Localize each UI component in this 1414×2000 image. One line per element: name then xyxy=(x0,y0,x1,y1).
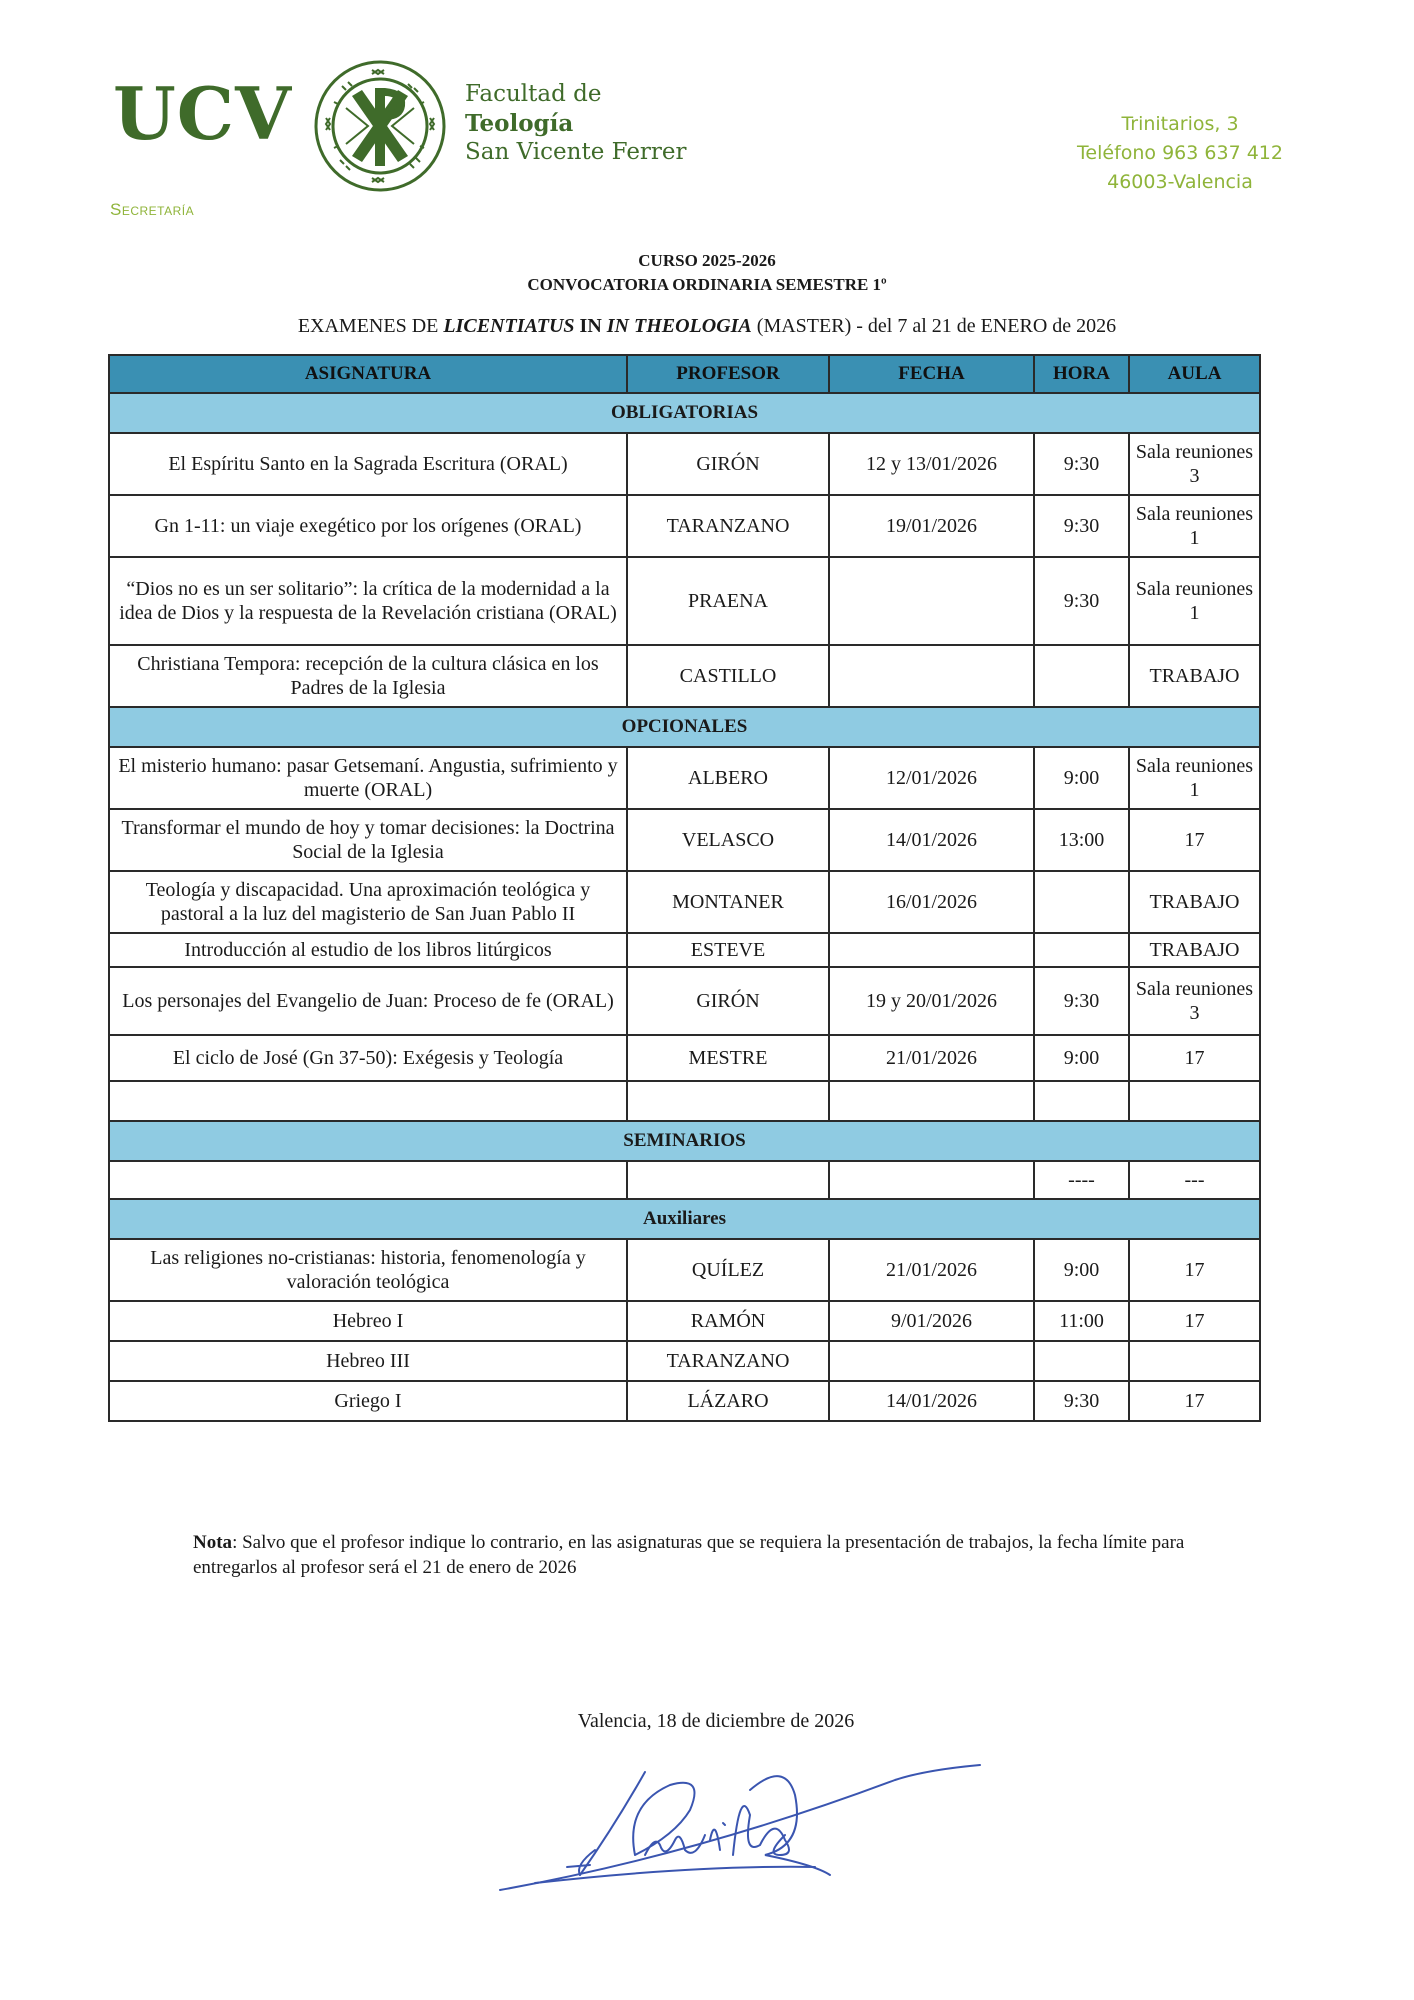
cell-aula: Sala reuniones 1 xyxy=(1129,557,1260,645)
cell-fecha: 14/01/2026 xyxy=(829,1381,1034,1421)
cell-hora: 9:30 xyxy=(1034,495,1129,557)
course-title: CURSO 2025-2026 xyxy=(0,251,1414,271)
cell-asignatura: Transformar el mundo de hoy y tomar deci… xyxy=(109,809,627,871)
cell-aula: TRABAJO xyxy=(1129,871,1260,933)
exams-title-licentiatus: LICENTIATUS xyxy=(443,315,574,337)
cell-profesor: TARANZANO xyxy=(627,495,829,557)
cell-asignatura: “Dios no es un ser solitario”: la crític… xyxy=(109,557,627,645)
cell-aula: 17 xyxy=(1129,1301,1260,1341)
cell-asignatura: Hebreo I xyxy=(109,1301,627,1341)
cell-fecha: 19/01/2026 xyxy=(829,495,1034,557)
cell-aula: 17 xyxy=(1129,1381,1260,1421)
section-title: SEMINARIOS xyxy=(109,1121,1260,1161)
cell-aula xyxy=(1129,1081,1260,1121)
signature-icon xyxy=(495,1715,995,1895)
cell-profesor: RAMÓN xyxy=(627,1301,829,1341)
cell-asignatura: El misterio humano: pasar Getsemaní. Ang… xyxy=(109,747,627,809)
cell-hora xyxy=(1034,871,1129,933)
cell-fecha xyxy=(829,645,1034,707)
cell-hora: 13:00 xyxy=(1034,809,1129,871)
cell-asignatura: Hebreo III xyxy=(109,1341,627,1381)
cell-fecha: 21/01/2026 xyxy=(829,1035,1034,1081)
address-city: 46003-Valencia xyxy=(1045,168,1315,197)
exams-title-in: IN xyxy=(575,315,607,337)
cell-aula: 17 xyxy=(1129,1239,1260,1301)
cell-profesor: PRAENA xyxy=(627,557,829,645)
ucv-logo: UCV xyxy=(113,78,292,150)
cell-fecha: 9/01/2026 xyxy=(829,1301,1034,1341)
cell-profesor: ALBERO xyxy=(627,747,829,809)
table-row: Christiana Tempora: recepción de la cult… xyxy=(109,645,1260,707)
faculty-line2: Teología xyxy=(465,109,687,138)
note: Nota: Salvo que el profesor indique lo c… xyxy=(193,1530,1233,1580)
faculty-line1: Facultad de xyxy=(465,80,687,109)
address-block: Trinitarios, 3 Teléfono 963 637 412 4600… xyxy=(1045,110,1315,197)
cell-aula xyxy=(1129,1341,1260,1381)
cell-asignatura: Las religiones no-cristianas: historia, … xyxy=(109,1239,627,1301)
faculty-name: Facultad de Teología San Vicente Ferrer xyxy=(465,80,687,167)
table-row: El ciclo de José (Gn 37-50): Exégesis y … xyxy=(109,1035,1260,1081)
cell-hora xyxy=(1034,1341,1129,1381)
table-row: Gn 1-11: un viaje exegético por los oríg… xyxy=(109,495,1260,557)
faculty-line3: San Vicente Ferrer xyxy=(465,138,687,167)
cell-fecha xyxy=(829,1081,1034,1121)
cell-fecha: 12 y 13/01/2026 xyxy=(829,433,1034,495)
cell-aula: Sala reuniones 3 xyxy=(1129,433,1260,495)
cell-fecha xyxy=(829,1161,1034,1199)
cell-profesor: TARANZANO xyxy=(627,1341,829,1381)
cell-asignatura: Gn 1-11: un viaje exegético por los oríg… xyxy=(109,495,627,557)
table-row: “Dios no es un ser solitario”: la crític… xyxy=(109,557,1260,645)
table-row: Introducción al estudio de los libros li… xyxy=(109,933,1260,967)
cell-aula: TRABAJO xyxy=(1129,645,1260,707)
cell-profesor: GIRÓN xyxy=(627,433,829,495)
cell-profesor: VELASCO xyxy=(627,809,829,871)
address-phone: Teléfono 963 637 412 xyxy=(1045,139,1315,168)
section-title: OPCIONALES xyxy=(109,707,1260,747)
exams-title-theologia: IN THEOLOGIA xyxy=(607,315,752,337)
table-row: ------- xyxy=(109,1161,1260,1199)
table-row: Las religiones no-cristianas: historia, … xyxy=(109,1239,1260,1301)
cell-profesor: CASTILLO xyxy=(627,645,829,707)
cell-hora xyxy=(1034,645,1129,707)
cell-fecha xyxy=(829,1341,1034,1381)
table-row: Griego ILÁZARO14/01/20269:3017 xyxy=(109,1381,1260,1421)
cell-profesor: ESTEVE xyxy=(627,933,829,967)
note-text: : Salvo que el profesor indique lo contr… xyxy=(193,1532,1184,1578)
cell-profesor: MESTRE xyxy=(627,1035,829,1081)
cell-asignatura: Teología y discapacidad. Una aproximació… xyxy=(109,871,627,933)
exams-title-prefix: EXAMENES DE xyxy=(298,315,444,337)
section-row-opcionales: OPCIONALES xyxy=(109,707,1260,747)
cell-profesor xyxy=(627,1161,829,1199)
chi-rho-seal-icon xyxy=(312,58,448,194)
department-label: Secretaría xyxy=(110,200,194,220)
exams-title-suffix: (MASTER) - del 7 al 21 de ENERO de 2026 xyxy=(752,315,1116,337)
cell-hora: 9:30 xyxy=(1034,1381,1129,1421)
cell-fecha xyxy=(829,933,1034,967)
table-row: El Espíritu Santo en la Sagrada Escritur… xyxy=(109,433,1260,495)
column-header-hora: HORA xyxy=(1034,355,1129,393)
section-row-obligatorias: OBLIGATORIAS xyxy=(109,393,1260,433)
cell-profesor: QUÍLEZ xyxy=(627,1239,829,1301)
table-row: El misterio humano: pasar Getsemaní. Ang… xyxy=(109,747,1260,809)
section-title: Auxiliares xyxy=(109,1199,1260,1239)
table-row: Hebreo IIITARANZANO xyxy=(109,1341,1260,1381)
column-header-asignatura: ASIGNATURA xyxy=(109,355,627,393)
cell-fecha: 21/01/2026 xyxy=(829,1239,1034,1301)
cell-hora: 11:00 xyxy=(1034,1301,1129,1341)
cell-hora: 9:30 xyxy=(1034,433,1129,495)
cell-fecha xyxy=(829,557,1034,645)
cell-profesor xyxy=(627,1081,829,1121)
table-row: Los personajes del Evangelio de Juan: Pr… xyxy=(109,967,1260,1035)
cell-aula: 17 xyxy=(1129,1035,1260,1081)
cell-asignatura: Griego I xyxy=(109,1381,627,1421)
cell-hora: 9:00 xyxy=(1034,747,1129,809)
cell-hora: 9:30 xyxy=(1034,967,1129,1035)
cell-aula: Sala reuniones 3 xyxy=(1129,967,1260,1035)
cell-aula: 17 xyxy=(1129,809,1260,871)
cell-fecha: 19 y 20/01/2026 xyxy=(829,967,1034,1035)
cell-hora xyxy=(1034,1081,1129,1121)
cell-asignatura: El ciclo de José (Gn 37-50): Exégesis y … xyxy=(109,1035,627,1081)
cell-asignatura: Introducción al estudio de los libros li… xyxy=(109,933,627,967)
section-title: OBLIGATORIAS xyxy=(109,393,1260,433)
cell-aula: --- xyxy=(1129,1161,1260,1199)
cell-fecha: 14/01/2026 xyxy=(829,809,1034,871)
table-body: OBLIGATORIASEl Espíritu Santo en la Sagr… xyxy=(109,393,1260,1421)
cell-aula: Sala reuniones 1 xyxy=(1129,747,1260,809)
cell-profesor: GIRÓN xyxy=(627,967,829,1035)
table-row: Hebreo IRAMÓN9/01/202611:0017 xyxy=(109,1301,1260,1341)
cell-fecha: 12/01/2026 xyxy=(829,747,1034,809)
address-street: Trinitarios, 3 xyxy=(1045,110,1315,139)
cell-asignatura xyxy=(109,1081,627,1121)
cell-fecha: 16/01/2026 xyxy=(829,871,1034,933)
cell-aula: TRABAJO xyxy=(1129,933,1260,967)
column-header-aula: AULA xyxy=(1129,355,1260,393)
cell-profesor: MONTANER xyxy=(627,871,829,933)
section-row-auxiliares: Auxiliares xyxy=(109,1199,1260,1239)
cell-asignatura: El Espíritu Santo en la Sagrada Escritur… xyxy=(109,433,627,495)
section-row-seminarios: SEMINARIOS xyxy=(109,1121,1260,1161)
note-label: Nota xyxy=(193,1532,232,1553)
cell-aula: Sala reuniones 1 xyxy=(1129,495,1260,557)
cell-hora xyxy=(1034,933,1129,967)
exam-schedule-table: ASIGNATURA PROFESOR FECHA HORA AULA OBLI… xyxy=(108,354,1261,1422)
table-row: Transformar el mundo de hoy y tomar deci… xyxy=(109,809,1260,871)
table-row: Teología y discapacidad. Una aproximació… xyxy=(109,871,1260,933)
cell-asignatura: Christiana Tempora: recepción de la cult… xyxy=(109,645,627,707)
cell-asignatura: Los personajes del Evangelio de Juan: Pr… xyxy=(109,967,627,1035)
table-row xyxy=(109,1081,1260,1121)
cell-hora: 9:00 xyxy=(1034,1035,1129,1081)
column-header-fecha: FECHA xyxy=(829,355,1034,393)
cell-hora: 9:30 xyxy=(1034,557,1129,645)
column-header-profesor: PROFESOR xyxy=(627,355,829,393)
exams-title: EXAMENES DE LICENTIATUS IN IN THEOLOGIA … xyxy=(0,315,1414,338)
cell-hora: ---- xyxy=(1034,1161,1129,1199)
table-header-row: ASIGNATURA PROFESOR FECHA HORA AULA xyxy=(109,355,1260,393)
cell-profesor: LÁZARO xyxy=(627,1381,829,1421)
cell-asignatura xyxy=(109,1161,627,1199)
call-title: CONVOCATORIA ORDINARIA SEMESTRE 1º xyxy=(0,275,1414,295)
cell-hora: 9:00 xyxy=(1034,1239,1129,1301)
